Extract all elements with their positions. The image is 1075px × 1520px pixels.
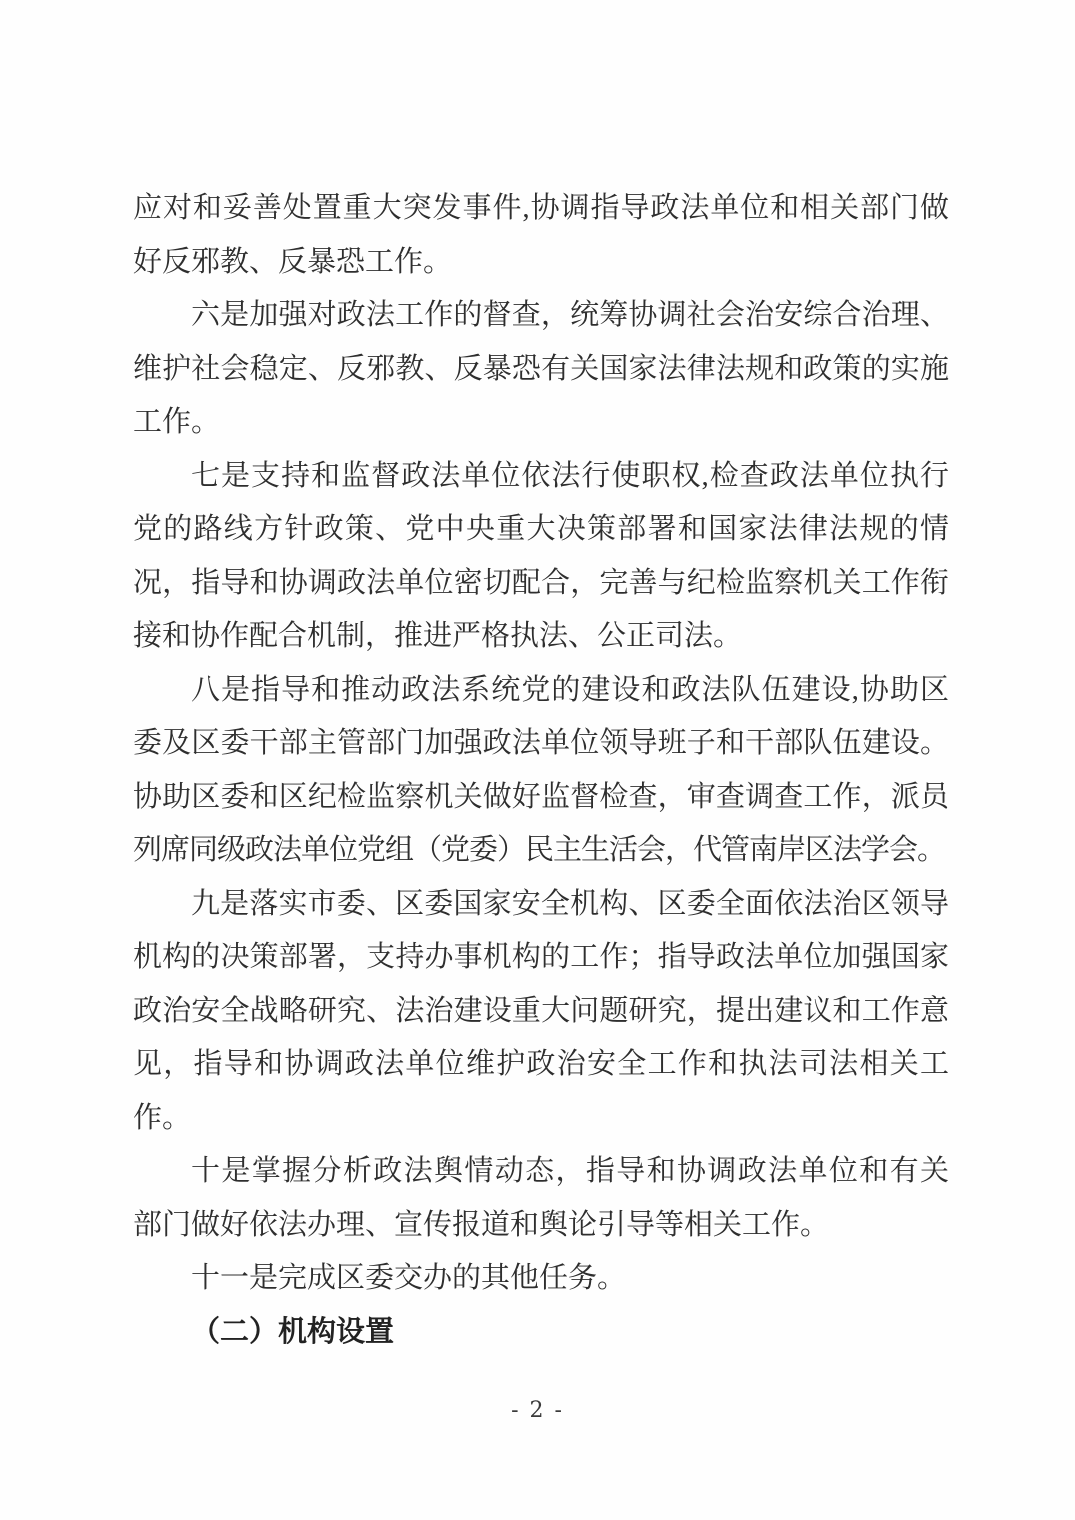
text-line: 委及区委干部主管部门加强政法单位领导班子和干部队伍建设。 [133, 717, 949, 771]
text-line: 工作。 [133, 396, 949, 450]
page-number: - 2 - [511, 1398, 564, 1423]
text-line: 接和协作配合机制，推进严格执法、公正司法。 [133, 610, 949, 664]
paragraph: 六是加强对政法工作的督查，统筹协调社会治安综合治理、维护社会稳定、反邪教、反暴恐… [133, 289, 949, 450]
text-line: 部门做好依法办理、宣传报道和舆论引导等相关工作。 [133, 1199, 949, 1253]
paragraph: 应对和妥善处置重大突发事件,协调指导政法单位和相关部门做好反邪教、反暴恐工作。 [133, 182, 949, 289]
document-body: 应对和妥善处置重大突发事件,协调指导政法单位和相关部门做好反邪教、反暴恐工作。六… [133, 182, 949, 1359]
text-line: 况，指导和协调政法单位密切配合，完善与纪检监察机关工作衔 [133, 557, 949, 611]
text-line: 协助区委和区纪检监察机关做好监督检查，审查调查工作，派员 [133, 771, 949, 825]
text-line: 应对和妥善处置重大突发事件,协调指导政法单位和相关部门做 [133, 182, 949, 236]
text-line: 九是落实市委、区委国家安全机构、区委全面依法治区领导 [133, 878, 949, 932]
text-line: 好反邪教、反暴恐工作。 [133, 236, 949, 290]
paragraph: 十一是完成区委交办的其他任务。 [133, 1252, 949, 1306]
paragraph: 十是掌握分析政法舆情动态，指导和协调政法单位和有关部门做好依法办理、宣传报道和舆… [133, 1145, 949, 1252]
text-line: 十一是完成区委交办的其他任务。 [133, 1252, 949, 1306]
text-line: 作。 [133, 1092, 949, 1146]
text-line: 八是指导和推动政法系统党的建设和政法队伍建设,协助区 [133, 664, 949, 718]
text-line: 机构的决策部署，支持办事机构的工作；指导政法单位加强国家 [133, 931, 949, 985]
paragraph: 七是支持和监督政法单位依法行使职权,检查政法单位执行党的路线方针政策、党中央重大… [133, 450, 949, 664]
text-line: 六是加强对政法工作的督查，统筹协调社会治安综合治理、 [133, 289, 949, 343]
paragraph: 八是指导和推动政法系统党的建设和政法队伍建设,协助区委及区委干部主管部门加强政法… [133, 664, 949, 878]
paragraph: 九是落实市委、区委国家安全机构、区委全面依法治区领导机构的决策部署，支持办事机构… [133, 878, 949, 1146]
page-footer: - 2 - [0, 1398, 1075, 1423]
document-page: 应对和妥善处置重大突发事件,协调指导政法单位和相关部门做好反邪教、反暴恐工作。六… [0, 0, 1075, 1520]
text-line: 七是支持和监督政法单位依法行使职权,检查政法单位执行 [133, 450, 949, 504]
text-line: 党的路线方针政策、党中央重大决策部署和国家法律法规的情 [133, 503, 949, 557]
text-line: 十是掌握分析政法舆情动态，指导和协调政法单位和有关 [133, 1145, 949, 1199]
text-line: 列席同级政法单位党组（党委）民主生活会，代管南岸区法学会。 [133, 824, 949, 878]
text-line: 维护社会稳定、反邪教、反暴恐有关国家法律法规和政策的实施 [133, 343, 949, 397]
section-heading-text: （二）机构设置 [133, 1306, 949, 1360]
section-heading: （二）机构设置 [133, 1306, 949, 1360]
text-line: 见，指导和协调政法单位维护政治安全工作和执法司法相关工 [133, 1038, 949, 1092]
text-line: 政治安全战略研究、法治建设重大问题研究，提出建议和工作意 [133, 985, 949, 1039]
